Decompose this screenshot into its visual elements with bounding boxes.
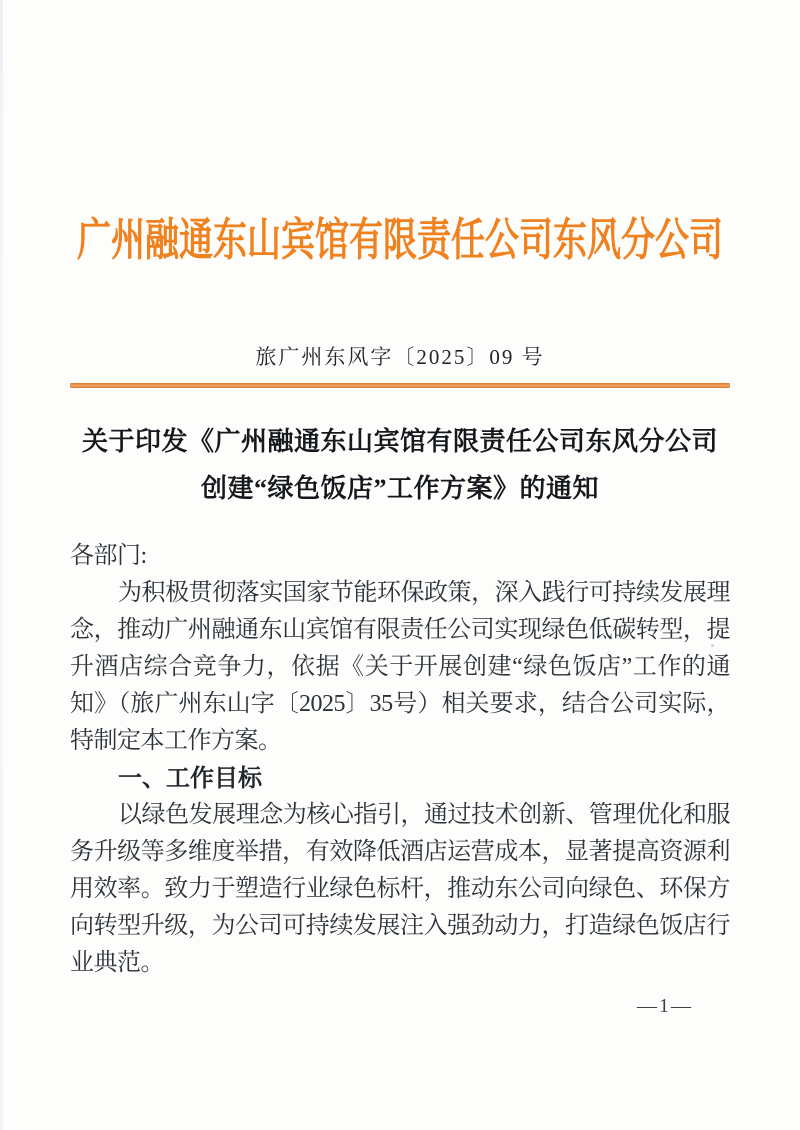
- scan-speck-artifact: [711, 644, 714, 647]
- document-body: 各部门: 为积极贯彻落实国家节能环保政策，深入践行可持续发展理念，推动广州融通东…: [70, 538, 730, 982]
- paragraph-work-goals: 以绿色发展理念为核心指引，通过技术创新、管理优化和服务升级等多维度举措，有效降低…: [70, 797, 730, 982]
- letterhead-company-title: 广州融通东山宾馆有限责任公司东风分公司: [70, 212, 730, 273]
- notice-title-line1: 关于印发《广州融通东山宾馆有限责任公司东风分公司: [70, 418, 730, 465]
- page-number: —1—: [605, 995, 725, 1018]
- document-number: 旅广州东风字〔2025〕09 号: [70, 344, 730, 370]
- paragraph-intro: 为积极贯彻落实国家节能环保政策，深入践行可持续发展理念，推动广州融通东山宾馆有限…: [70, 575, 730, 760]
- salutation: 各部门:: [70, 538, 730, 575]
- document-page: 广州融通东山宾馆有限责任公司东风分公司 旅广州东风字〔2025〕09 号 关于印…: [0, 0, 800, 1130]
- scan-edge-artifact: [0, 0, 3, 1130]
- notice-title-line2: 创建“绿色饭店”工作方案》的通知: [70, 465, 730, 512]
- notice-title: 关于印发《广州融通东山宾馆有限责任公司东风分公司 创建“绿色饭店”工作方案》的通…: [70, 418, 730, 512]
- section-heading-work-goals: 一、工作目标: [70, 760, 730, 797]
- letterhead-rule: [70, 383, 730, 388]
